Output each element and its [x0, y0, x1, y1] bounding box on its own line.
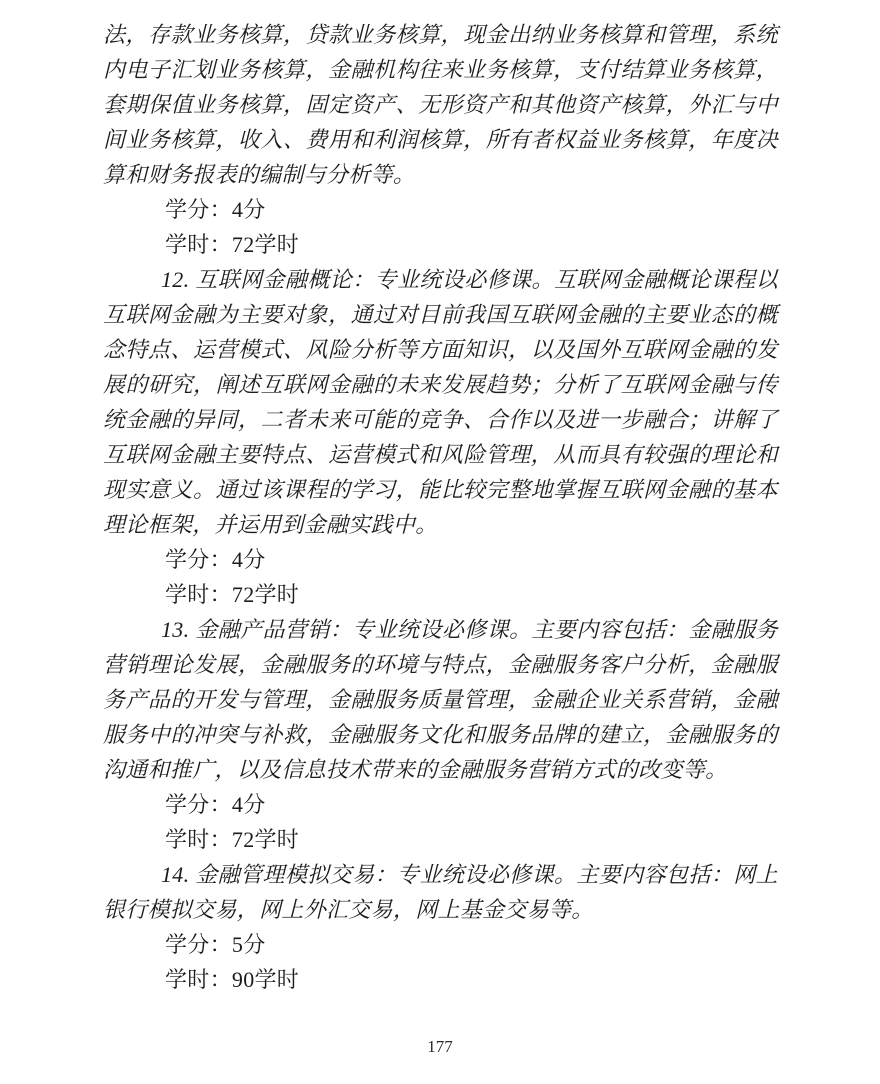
page-number: 177	[0, 1037, 880, 1057]
continuation-paragraph: 法，存款业务核算，贷款业务核算，现金出纳业务核算和管理，系统内电子汇划业务核算，…	[103, 17, 778, 192]
hours-line: 学时：72学时	[103, 822, 778, 857]
document-page: 法，存款业务核算，贷款业务核算，现金出纳业务核算和管理，系统内电子汇划业务核算，…	[0, 0, 880, 1084]
course-paragraph-12: 12. 互联网金融概论：专业统设必修课。互联网金融概论课程以互联网金融为主要对象…	[103, 262, 778, 542]
credits-line: 学分：4分	[103, 787, 778, 822]
document-body: 法，存款业务核算，贷款业务核算，现金出纳业务核算和管理，系统内电子汇划业务核算，…	[103, 17, 778, 997]
course-paragraph-14: 14. 金融管理模拟交易：专业统设必修课。主要内容包括：网上银行模拟交易，网上外…	[103, 857, 778, 927]
hours-line: 学时：72学时	[103, 227, 778, 262]
hours-line: 学时：90学时	[103, 962, 778, 997]
hours-line: 学时：72学时	[103, 577, 778, 612]
credits-line: 学分：4分	[103, 542, 778, 577]
course-paragraph-13: 13. 金融产品营销：专业统设必修课。主要内容包括：金融服务营销理论发展，金融服…	[103, 612, 778, 787]
credits-line: 学分：4分	[103, 192, 778, 227]
credits-line: 学分：5分	[103, 927, 778, 962]
